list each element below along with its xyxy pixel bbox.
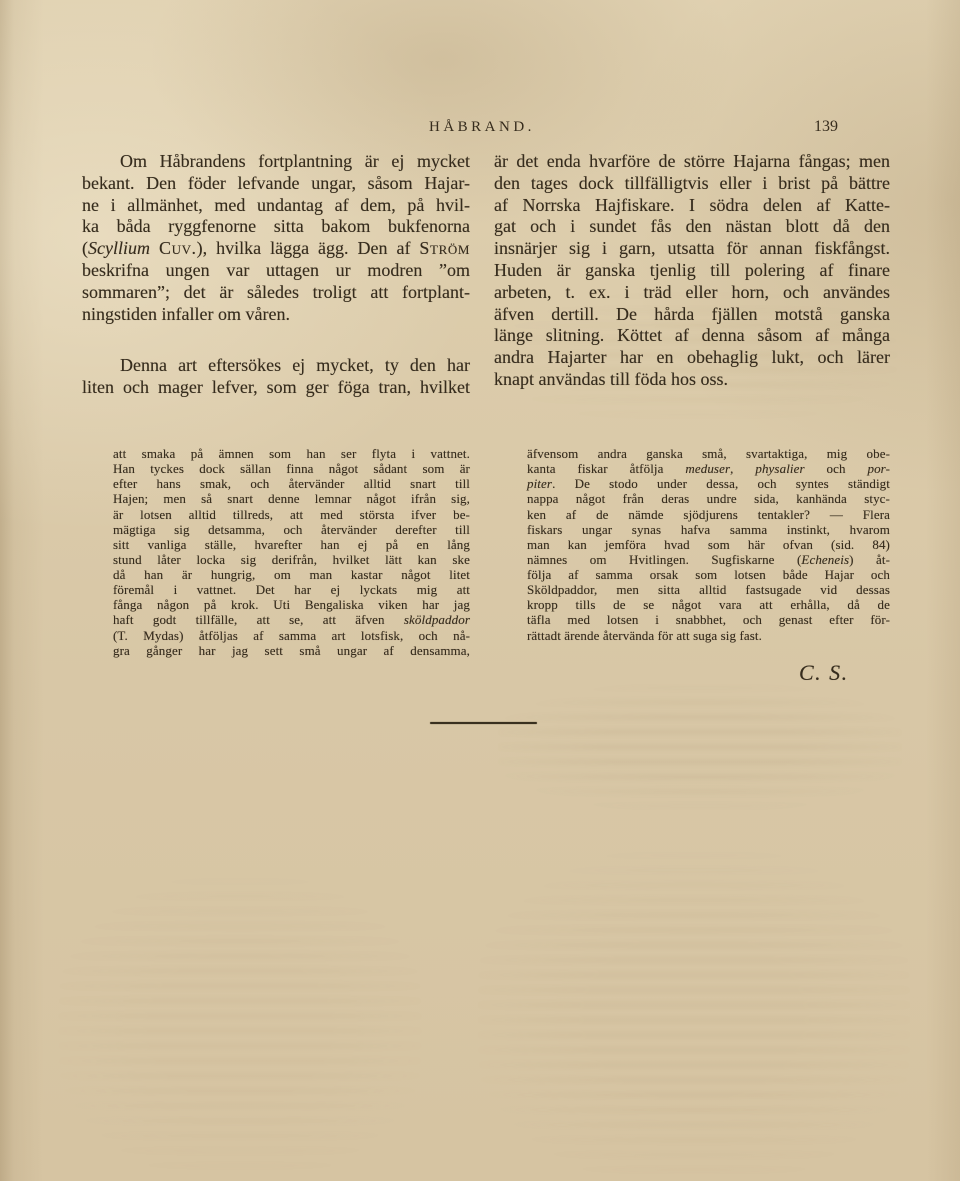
text-segment: ), hvilka lägga ägg. Den af bbox=[197, 238, 420, 258]
small-text-left-column: att smaka på ämnen som han ser flyta i v… bbox=[113, 446, 470, 658]
text-line: insnärjer sig i garn, utsatta för annan … bbox=[494, 238, 890, 260]
text-line: knapt användas till föda hos oss. bbox=[494, 369, 890, 391]
text-line: af Norrska Hajfiskare. I södra delen af … bbox=[494, 195, 890, 217]
text-line: fånga någon på krok. Uti Bengaliska vike… bbox=[113, 597, 470, 612]
text-line: (T. Mydas) åtföljas af samma art lotsfis… bbox=[113, 628, 470, 643]
text-line: (Scyllium Cuv.), hvilka lägga ägg. Den a… bbox=[82, 238, 470, 260]
text-line: Sköldpaddor, men sitta alltid fastsugade… bbox=[527, 582, 890, 597]
section-divider-rule bbox=[430, 722, 537, 724]
text-line: bekant. Den föder lefvande ungar, såsom … bbox=[82, 173, 470, 195]
text-line: nämnes om Hvitlingen. Sugfiskarne (Echen… bbox=[527, 552, 890, 567]
species-name-italic: Scyllium bbox=[88, 238, 150, 258]
showthrough-text-ghost bbox=[498, 684, 902, 810]
text-line: äfven dertill. De hårda fjällen motstå g… bbox=[494, 304, 890, 326]
text-line: då han är hungrig, om man kastar något l… bbox=[113, 567, 470, 582]
species-name-italic: Echeneis bbox=[801, 552, 849, 567]
text-line: gat och i sundet fås den nästan blott då… bbox=[494, 216, 890, 238]
text-line: beskrifna ungen var uttagen ur modren ”o… bbox=[82, 260, 470, 282]
text-line: kanta fiskar åtfölja meduser, physalier … bbox=[527, 461, 890, 476]
text-line: stund låter locka sig derifrån, hvilket … bbox=[113, 552, 470, 567]
text-line: är lotsen alltid tillreds, att med störs… bbox=[113, 507, 470, 522]
text-line: Om Håbrandens fortplantning är ej mycket bbox=[82, 151, 470, 173]
text-line: kropp tills de se något vara att erhålla… bbox=[527, 597, 890, 612]
text-line: länge slitning. Köttet af denna såsom af… bbox=[494, 325, 890, 347]
species-name-italic: physalier bbox=[755, 461, 804, 476]
text-line: arbeten, t. ex. i träd eller horn, och a… bbox=[494, 282, 890, 304]
text-line: att smaka på ämnen som han ser flyta i v… bbox=[113, 446, 470, 461]
showthrough-text-ghost bbox=[478, 852, 910, 1181]
text-line: är det enda hvarföre de större Hajarna f… bbox=[494, 151, 890, 173]
text-line: piter. De stodo under dessa, och syntes … bbox=[527, 476, 890, 491]
text-line: rättadt ärende återvända för att suga si… bbox=[527, 628, 890, 643]
text-line: mägtiga sig detsamma, och återvänder der… bbox=[113, 522, 470, 537]
text-segment: och bbox=[805, 461, 868, 476]
paragraph: Denna art eftersökes ej mycket, ty den h… bbox=[82, 355, 470, 399]
text-segment: . De stodo under dessa, och syntes ständ… bbox=[552, 476, 890, 491]
text-segment: ) åt- bbox=[849, 552, 890, 567]
text-line: följa af samma orsak som lotsen både Haj… bbox=[527, 567, 890, 582]
text-line: ne i allmänhet, med undantag af dem, på … bbox=[82, 195, 470, 217]
text-line: ningstiden infaller om våren. bbox=[82, 304, 470, 326]
author-signature: C. S. bbox=[799, 660, 849, 686]
showthrough-text-ghost bbox=[58, 878, 422, 1178]
text-line: andra Hajarter har en obehaglig lukt, oc… bbox=[494, 347, 890, 369]
text-line: efter hans smak, och återvänder alltid s… bbox=[113, 476, 470, 491]
person-name-smallcaps: Ström bbox=[419, 238, 470, 258]
text-segment: nämnes om Hvitlingen. Sugfiskarne ( bbox=[527, 552, 801, 567]
text-line: sitt vanliga ställe, hvarefter han ej på… bbox=[113, 537, 470, 552]
text-line: liten och mager lefver, som ger föga tra… bbox=[82, 377, 470, 399]
small-text-right-column: äfvensom andra ganska små, svartaktiga, … bbox=[527, 446, 890, 643]
text-line: ken af de nämde sjödjurens tentakler? — … bbox=[527, 507, 890, 522]
running-title: HÅBRAND. bbox=[429, 119, 535, 136]
text-line: Huden är ganska tjenlig till polering af… bbox=[494, 260, 890, 282]
text-segment: haft godt tillfälle, att se, att äfven bbox=[113, 612, 404, 627]
book-page: HÅBRAND. 139 Om Håbrandens fortplantning… bbox=[0, 0, 960, 1181]
page-number: 139 bbox=[814, 118, 838, 136]
text-line: sommaren”; det är således troligt att fo… bbox=[82, 282, 470, 304]
species-name-italic: por- bbox=[867, 461, 890, 476]
text-line: Hajen; men så snart denne lemnar något i… bbox=[113, 491, 470, 506]
text-line: täfla med lotsen i snabbhet, och genast … bbox=[527, 612, 890, 627]
text-line: Denna art eftersökes ej mycket, ty den h… bbox=[82, 355, 470, 377]
text-segment: kanta fiskar åtfölja bbox=[527, 461, 685, 476]
text-line: den tages dock tillfälligtvis eller i br… bbox=[494, 173, 890, 195]
species-name-italic: sköldpaddor bbox=[404, 612, 470, 627]
species-name-italic: piter bbox=[527, 476, 552, 491]
text-line: äfvensom andra ganska små, svartaktiga, … bbox=[527, 446, 890, 461]
species-name-italic: meduser bbox=[685, 461, 730, 476]
text-segment: , bbox=[730, 461, 755, 476]
paragraph: Om Håbrandens fortplantning är ej mycket… bbox=[82, 151, 470, 325]
text-segment bbox=[150, 238, 159, 258]
text-line: gra gånger har jag sett små ungar af den… bbox=[113, 643, 470, 658]
author-abbrev-smallcaps: Cuv. bbox=[159, 238, 197, 258]
text-line: ka båda ryggfenorne sitta bakom bukfenor… bbox=[82, 216, 470, 238]
main-text-left-column: Om Håbrandens fortplantning är ej mycket… bbox=[82, 151, 470, 399]
text-line: föremål i vattnet. Det har ej lyckats mi… bbox=[113, 582, 470, 597]
text-line: nappa något från deras undre sida, kanhä… bbox=[527, 491, 890, 506]
text-line: fiskars ungar synas hafva samma instinkt… bbox=[527, 522, 890, 537]
text-line: Han tyckes dock sällan finna något sådan… bbox=[113, 461, 470, 476]
text-line: man kan jemföra hvad som här ofvan (sid.… bbox=[527, 537, 890, 552]
main-text-right-column: är det enda hvarföre de större Hajarna f… bbox=[494, 151, 890, 391]
text-line: haft godt tillfälle, att se, att äfven s… bbox=[113, 612, 470, 627]
